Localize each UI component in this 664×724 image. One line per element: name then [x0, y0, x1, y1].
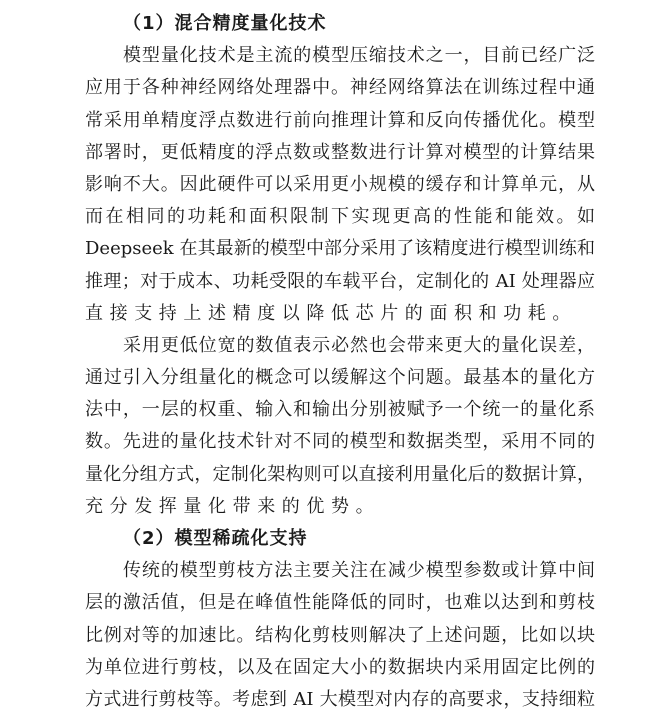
text-line: 传统的模型剪枝方法主要关注在减少模型参数或计算中间	[85, 555, 595, 587]
paragraph-1: 模型量化技术是主流的模型压缩技术之一，目前已经广泛 应用于各种神经网络处理器中。…	[85, 40, 595, 330]
text-line: 层的激活值，但是在峰值性能降低的同时，也难以达到和剪枝	[85, 587, 595, 619]
text-line: 应用于各种神经网络处理器中。神经网络算法在训练过程中通	[85, 72, 595, 104]
text-line: 部署时，更低精度的浮点数或整数进行计算对模型的计算结果	[85, 137, 595, 169]
paragraph-2: 采用更低位宽的数值表示必然也会带来更大的量化误差， 通过引入分组量化的概念可以缓…	[85, 330, 595, 523]
text-line: 常采用单精度浮点数进行前向推理计算和反向传播优化。模型	[85, 105, 595, 137]
text-line: 充分发挥量化带来的优势。	[85, 491, 595, 523]
text-line: 直接支持上述精度以降低芯片的面积和功耗。	[85, 298, 595, 330]
text-line: 而在相同的功耗和面积限制下实现更高的性能和能效。如	[85, 201, 595, 233]
section-heading-2: （2）模型稀疏化支持	[85, 523, 595, 555]
text-line: 法中，一层的权重、输入和输出分别被赋予一个统一的量化系	[85, 394, 595, 426]
text-line: 数。先进的量化技术针对不同的模型和数据类型，采用不同的	[85, 426, 595, 458]
text-line: 模型量化技术是主流的模型压缩技术之一，目前已经广泛	[85, 40, 595, 72]
text-line: 量化分组方式，定制化架构则可以直接利用量化后的数据计算，	[85, 459, 595, 491]
text-line: 推理；对于成本、功耗受限的车载平台，定制化的 AI 处理器应	[85, 266, 595, 298]
text-line: 通过引入分组量化的概念可以缓解这个问题。最基本的量化方	[85, 362, 595, 394]
document-page: （1）混合精度量化技术 模型量化技术是主流的模型压缩技术之一，目前已经广泛 应用…	[85, 8, 595, 716]
text-line: Deepseek 在其最新的模型中部分采用了该精度进行模型训练和	[85, 233, 595, 265]
section-heading-1: （1）混合精度量化技术	[85, 8, 595, 40]
text-line: 方式进行剪枝等。考虑到 AI 大模型对内存的高要求，支持细粒	[85, 684, 595, 716]
text-line: 为单位进行剪枝，以及在固定大小的数据块内采用固定比例的	[85, 652, 595, 684]
text-line: 采用更低位宽的数值表示必然也会带来更大的量化误差，	[85, 330, 595, 362]
text-line: 影响不大。因此硬件可以采用更小规模的缓存和计算单元，从	[85, 169, 595, 201]
paragraph-3: 传统的模型剪枝方法主要关注在减少模型参数或计算中间 层的激活值，但是在峰值性能降…	[85, 555, 595, 716]
text-line: 比例对等的加速比。结构化剪枝则解决了上述问题，比如以块	[85, 620, 595, 652]
